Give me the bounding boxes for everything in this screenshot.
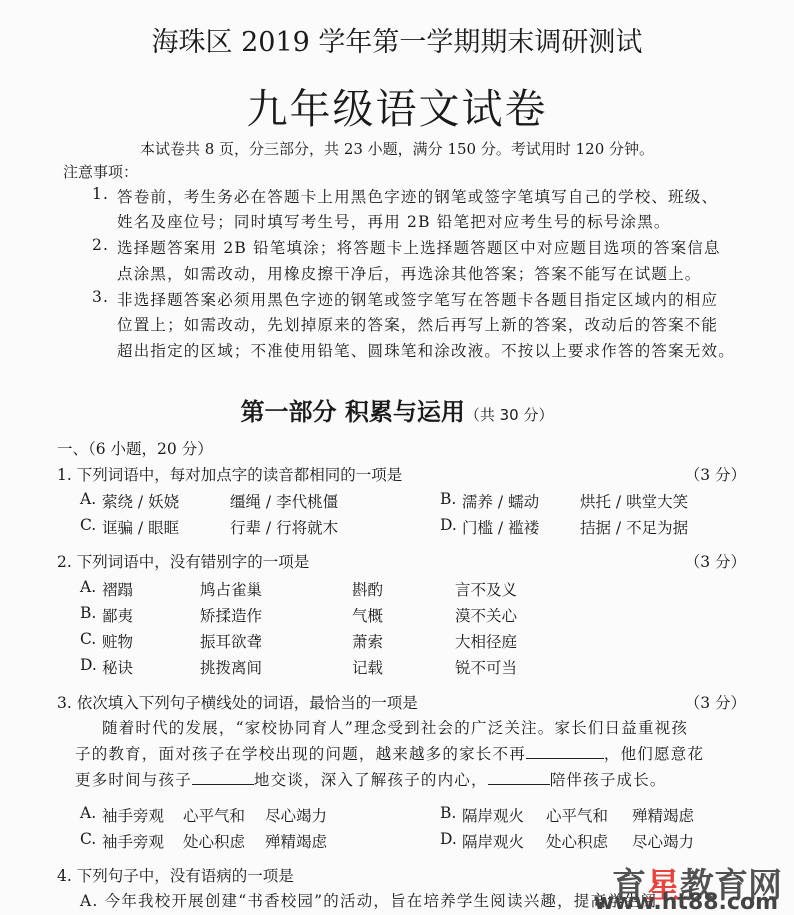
- q3-passage-line3a: 更多时间与孩子: [75, 771, 192, 789]
- question-4-stem: 4. 下列句子中，没有语病的一项是: [57, 864, 294, 886]
- watermark-url: www.ht88.com: [594, 890, 778, 915]
- notice-item-3-line1: 非选择题答案必须用黑色字迹的钢笔或签字笔写在答题卡各题目指定区域内的相应: [117, 288, 718, 310]
- notice-item-2-num: 2.: [92, 236, 109, 254]
- section-title-text: 第一部分 积累与运用: [241, 398, 465, 426]
- section-score: （共 30 分）: [465, 406, 554, 424]
- q2-option-a-w1: 褶蹋: [102, 578, 133, 600]
- q3-option-a-w2: 心平气和: [183, 804, 245, 826]
- question-3-points: （3 分）: [685, 691, 746, 713]
- q2-option-a-w3: 斟酌: [352, 578, 383, 600]
- question-2-points: （3 分）: [685, 550, 746, 572]
- notice-item-3-line3: 超出指定的区域；不准使用铅笔、圆珠笔和涂改液。不按以上要求作答的答案无效。: [117, 339, 735, 361]
- q3-option-a-label: A.: [80, 804, 96, 822]
- q3-passage-line3c: 陪伴孩子成长。: [550, 771, 667, 789]
- q2-option-d-w4: 锐不可当: [455, 656, 517, 678]
- q2-option-b-label: B.: [80, 604, 96, 622]
- q1-option-a-label: A.: [80, 490, 96, 508]
- q3-option-a-w3: 尽心竭力: [265, 804, 327, 826]
- q2-option-c-w3: 萧索: [352, 630, 383, 652]
- q2-option-a-label: A.: [80, 578, 96, 596]
- q3-passage-line3: 更多时间与孩子地交谈，深入了解孩子的内心，陪伴孩子成长。: [75, 768, 667, 790]
- q1-option-d-word2: 拮据 / 不足为据: [580, 516, 688, 538]
- q3-blank-2[interactable]: [192, 770, 254, 785]
- q3-option-b-w1: 隔岸观火: [462, 804, 524, 826]
- q1-option-b-label: B.: [440, 490, 456, 508]
- question-2-stem: 2. 下列词语中，没有错别字的一项是: [57, 550, 309, 572]
- q3-option-c-label: C.: [80, 830, 96, 848]
- q1-option-c-label: C.: [80, 516, 96, 534]
- q3-option-d-w2: 处心积虑: [546, 830, 608, 852]
- part-heading: 一、（6 小题，20 分）: [57, 437, 213, 459]
- q2-option-d-w1: 秘诀: [102, 656, 133, 678]
- q3-passage-line2a: 子的教育，面对孩子在学校出现的问题，越来越多的家长不再: [75, 745, 526, 763]
- notice-item-1-line2: 姓名及座位号；同时填写考生号，再用 2B 铅笔把对应考生号的标号涂黑。: [117, 210, 671, 232]
- q1-option-a-word1: 萦绕 / 妖娆: [102, 490, 179, 512]
- question-3-stem: 3. 依次填入下列句子横线处的词语，最恰当的一项是: [57, 691, 418, 713]
- exam-intro: 本试卷共 8 页，分三部分，共 23 小题，满分 150 分。考试用时 120 …: [0, 138, 794, 159]
- q2-option-c-w4: 大相径庭: [455, 630, 517, 652]
- q1-option-b-word2: 烘托 / 哄堂大笑: [580, 490, 688, 512]
- notice-item-1-num: 1.: [92, 185, 109, 203]
- q3-option-c-w3: 殚精竭虑: [265, 830, 327, 852]
- question-1-stem: 1. 下列词语中，每对加点字的读音都相同的一项是: [57, 463, 402, 485]
- notice-item-3-line2: 位置上；如需改动，先划掉原来的答案，然后再写上新的答案，改动后的答案不能: [117, 313, 718, 335]
- q1-option-c-word1: 诓骗 / 眼眶: [102, 516, 179, 538]
- q2-option-c-w2: 振耳欲聋: [200, 630, 262, 652]
- q3-passage-line3b: 地交谈，深入了解孩子的内心，: [254, 771, 488, 789]
- q3-blank-3[interactable]: [488, 770, 550, 785]
- q2-option-b-w2: 矫揉造作: [200, 604, 262, 626]
- q2-option-c-label: C.: [80, 630, 96, 648]
- exam-title-line1: 海珠区 2019 学年第一学期期末调研测试: [0, 20, 794, 59]
- q2-option-d-w3: 记载: [352, 656, 383, 678]
- q2-option-b-w4: 漠不关心: [455, 604, 517, 626]
- q3-passage-line1: 随着时代的发展，“家校协同育人”理念受到社会的广泛关注。家长们日益重视孩: [102, 716, 688, 738]
- notice-heading: 注意事项：: [63, 161, 138, 182]
- q3-option-a-w1: 袖手旁观: [102, 804, 164, 826]
- q2-option-a-w2: 鸠占雀巢: [200, 578, 262, 600]
- q2-option-b-w3: 气概: [352, 604, 383, 626]
- notice-item-3-num: 3.: [92, 288, 109, 306]
- q2-option-b-w1: 鄙夷: [102, 604, 133, 626]
- notice-item-1-line1: 答卷前，考生务必在答题卡上用黑色字迹的钢笔或签字笔填写自己的学校、班级、: [117, 185, 718, 207]
- q3-option-d-w1: 隔岸观火: [462, 830, 524, 852]
- q3-option-b-w3: 殚精竭虑: [632, 804, 694, 826]
- q2-option-c-w1: 赃物: [102, 630, 133, 652]
- q3-option-d-w3: 尽心竭力: [632, 830, 694, 852]
- q1-option-b-word1: 濡养 / 蠕动: [462, 490, 539, 512]
- notice-item-2-line2: 点涂黑，如需改动，用橡皮擦干净后，再选涂其他答案；答案不能写在试题上。: [117, 262, 702, 284]
- q1-option-d-label: D.: [440, 516, 457, 534]
- q1-option-d-word1: 门槛 / 褴褛: [462, 516, 539, 538]
- q1-option-c-word2: 行辈 / 行将就木: [230, 516, 338, 538]
- q3-option-b-label: B.: [440, 804, 456, 822]
- q1-option-a-word2: 缰绳 / 李代桃僵: [230, 490, 338, 512]
- q3-blank-1[interactable]: [526, 744, 604, 759]
- notice-item-2-line1: 选择题答案用 2B 铅笔填涂；将答题卡上选择题答题区中对应题目选项的答案信息: [117, 236, 721, 258]
- q2-option-d-label: D.: [80, 656, 97, 674]
- exam-title-line2: 九年级语文试卷: [0, 76, 794, 135]
- q4-option-a: A. 今年我校开展创建“书香校园”的活动，旨在培养学生阅读兴趣，提高学生阅: [80, 889, 657, 911]
- q3-option-b-w2: 心平气和: [546, 804, 608, 826]
- q3-passage-line2b: ，他们愿意花: [604, 745, 704, 763]
- section-title: 第一部分 积累与运用（共 30 分）: [0, 392, 794, 427]
- q3-option-d-label: D.: [440, 830, 457, 848]
- q3-option-c-w2: 处心积虑: [183, 830, 245, 852]
- q3-option-c-w1: 袖手旁观: [102, 830, 164, 852]
- q2-option-a-w4: 言不及义: [455, 578, 517, 600]
- q3-passage-line2: 子的教育，面对孩子在学校出现的问题，越来越多的家长不再，他们愿意花: [75, 742, 704, 764]
- q2-option-d-w2: 挑拨离间: [200, 656, 262, 678]
- question-1-points: （3 分）: [685, 463, 746, 485]
